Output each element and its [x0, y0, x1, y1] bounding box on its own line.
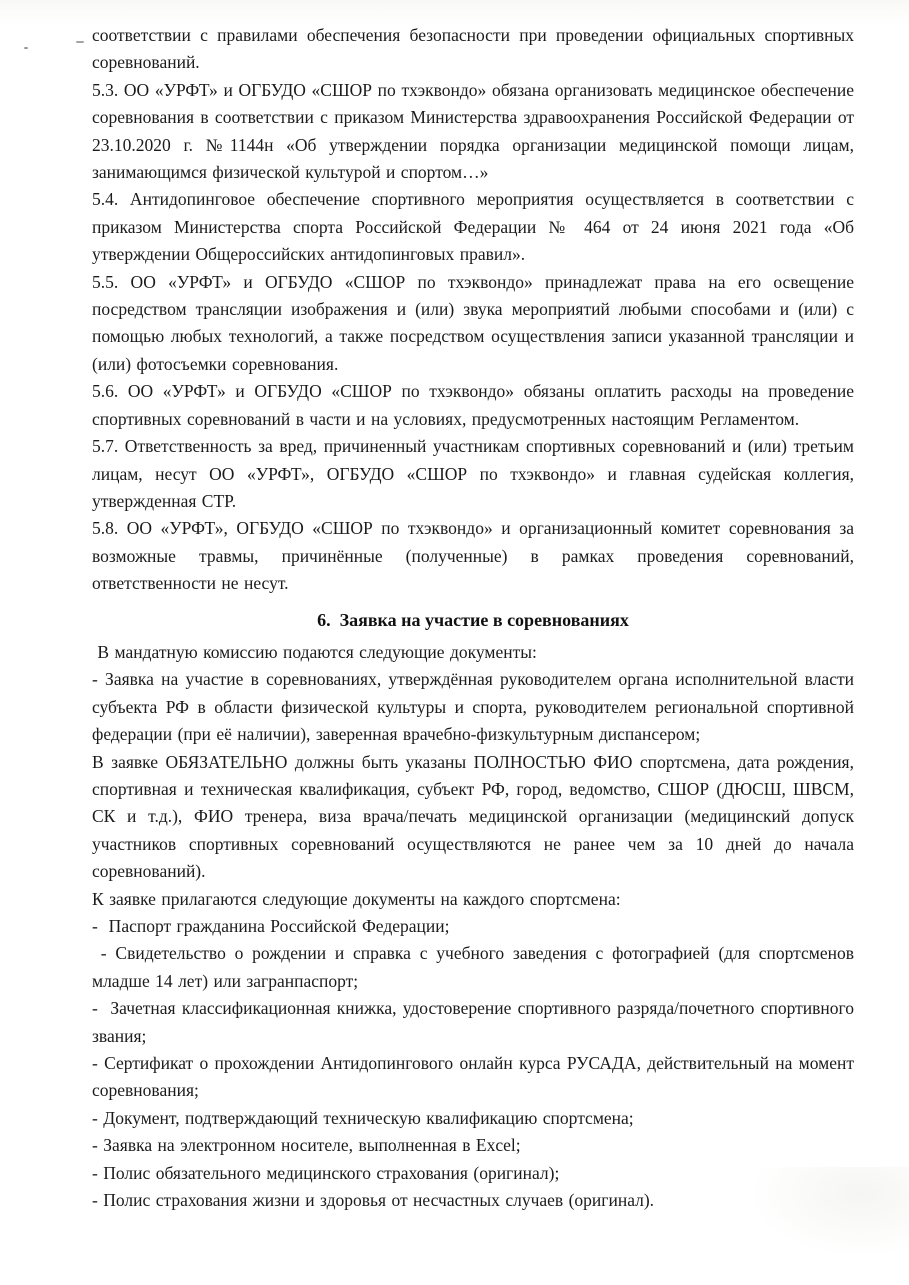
section-6-intro-line: В мандатную комиссию подаются следующие … — [92, 639, 854, 666]
list-item-rusada-certificate: - Сертификат о прохождении Антидопингово… — [92, 1050, 854, 1105]
clause-5-8: 5.8. ОО «УРФТ», ОГБУДО «СШОР по тхэквонд… — [92, 515, 854, 597]
clause-5-7: 5.7. Ответственность за вред, причиненны… — [92, 433, 854, 515]
list-item-passport: - Паспорт гражданина Российской Федераци… — [92, 913, 854, 940]
scanned-document-page: соответствии с правилами обеспечения без… — [0, 0, 909, 1285]
paragraph-attached-documents-intro: К заявке прилагаются следующие документы… — [92, 886, 854, 913]
paragraph-continued-from-previous-page: соответствии с правилами обеспечения без… — [92, 22, 854, 77]
list-item-birth-certificate: - Свидетельство о рождении и справка с у… — [92, 940, 854, 995]
list-item-classification-book: - Зачетная классификационная книжка, удо… — [92, 995, 854, 1050]
section-6-heading: 6. Заявка на участие в соревнованиях — [92, 607, 854, 634]
document-text-block: соответствии с правилами обеспечения без… — [92, 22, 854, 1214]
list-item-life-insurance-policy: - Полис страхования жизни и здоровья от … — [92, 1187, 854, 1214]
list-item-electronic-application: - Заявка на электронном носителе, выполн… — [92, 1132, 854, 1159]
clause-5-5: 5.5. ОО «УРФТ» и ОГБУДО «СШОР по тхэквон… — [92, 269, 854, 379]
list-item-application-form: - Заявка на участие в соревнованиях, утв… — [92, 666, 854, 748]
clause-5-6: 5.6. ОО «УРФТ» и ОГБУДО «СШОР по тхэквон… — [92, 378, 854, 433]
clause-5-3: 5.3. ОО «УРФТ» и ОГБУДО «СШОР по тхэквон… — [92, 77, 854, 187]
clause-5-4: 5.4. Антидопинговое обеспечение спортивн… — [92, 186, 854, 268]
list-item-technical-qualification-document: - Документ, подтверждающий техническую к… — [92, 1105, 854, 1132]
scan-artifact-dash — [76, 41, 84, 43]
paragraph-application-requirements: В заявке ОБЯЗАТЕЛЬНО должны быть указаны… — [92, 749, 854, 886]
scan-artifact-dot — [24, 47, 28, 49]
list-item-medical-insurance-policy: - Полис обязательного медицинского страх… — [92, 1160, 854, 1187]
